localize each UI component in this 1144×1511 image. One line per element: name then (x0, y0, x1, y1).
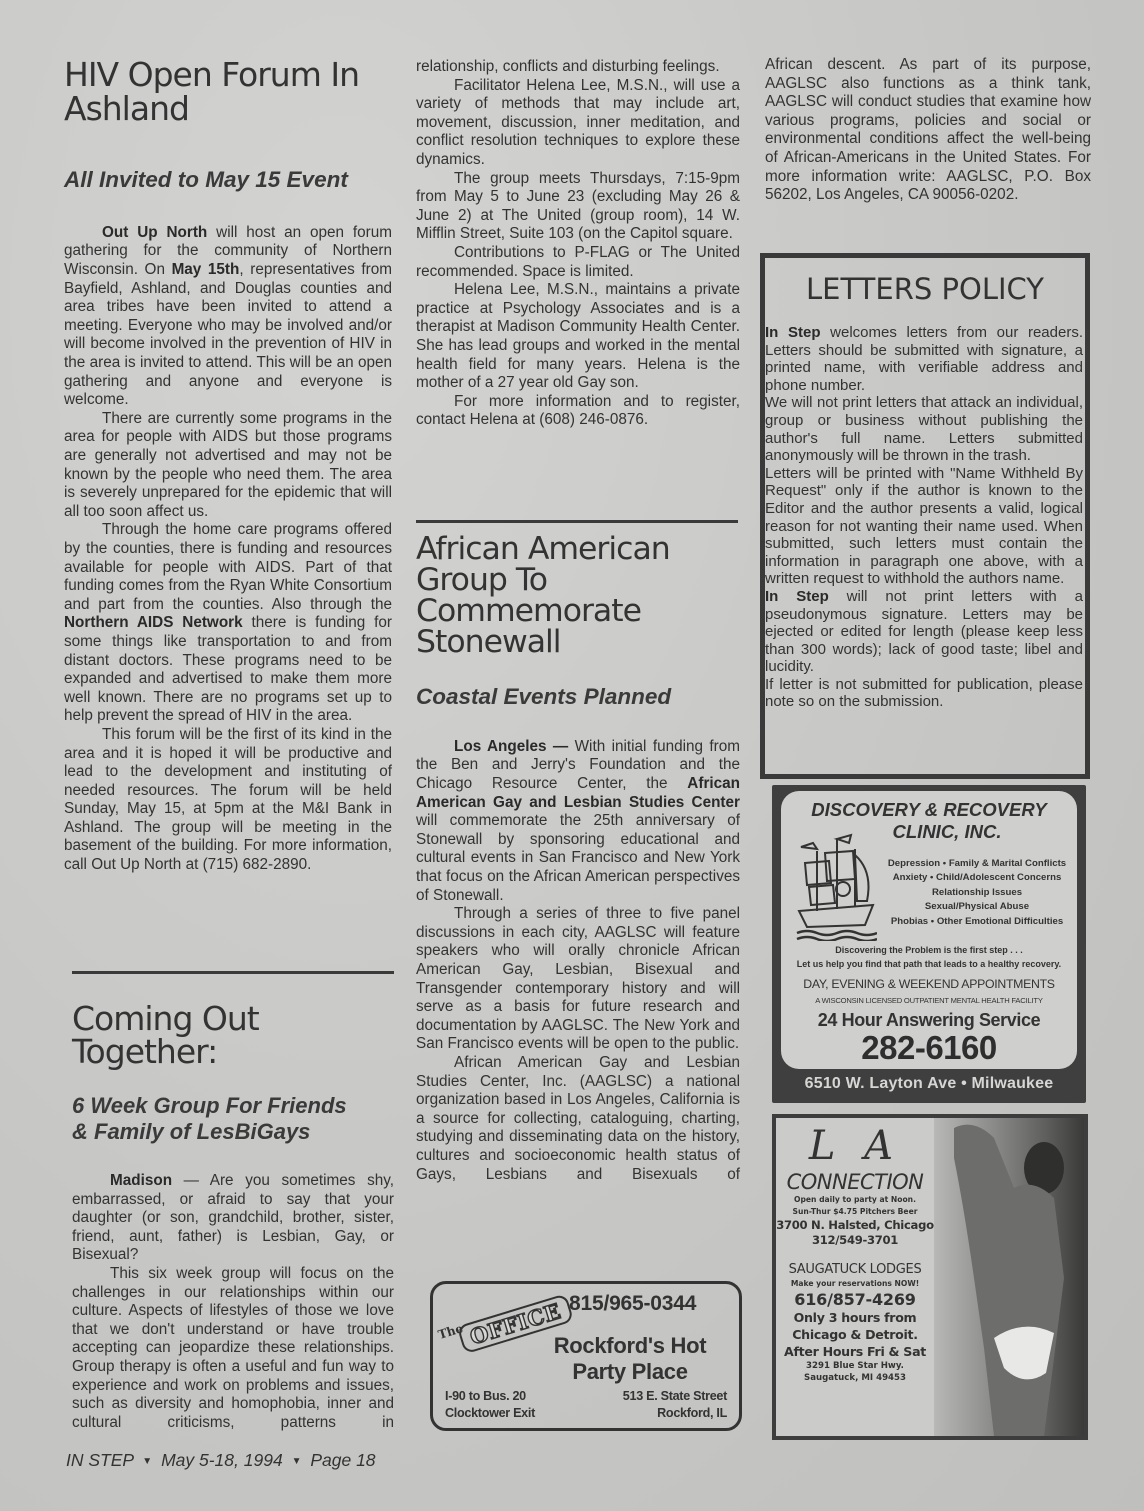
paragraph: Madison — Are you sometimes shy, embarra… (72, 1172, 394, 1265)
ad-panel: DISCOVERY & RECOVERY CLINIC, INC. (781, 791, 1077, 1069)
headline: African American Group To Commemorate St… (416, 534, 740, 658)
paragraph: In Step welcomes letters from our reader… (765, 324, 1083, 394)
office-tagline: Rockford's Hot Party Place (519, 1333, 741, 1385)
paragraph: Contributions to P-FLAG or The United re… (416, 244, 740, 281)
section-divider (72, 971, 394, 974)
paragraph: If letter is not submitted for publicati… (765, 676, 1083, 711)
la-logo: L A (776, 1124, 934, 1168)
article-coming-out: Coming Out Together: 6 Week Group For Fr… (72, 1002, 394, 1432)
office-phone: 815/965-0344 (569, 1292, 696, 1316)
letters-policy-title: LETTERS POLICY (765, 272, 1085, 306)
la-name: CONNECTION (776, 1170, 934, 1194)
article-continued: African descent. As part of its purpose,… (765, 56, 1091, 205)
paragraph: This forum will be the first of its kind… (64, 726, 392, 875)
paragraph: In Step will not print letters with a ps… (765, 588, 1083, 676)
paragraph: We will not print letters that attack an… (765, 394, 1083, 464)
paragraph: There are currently some programs in the… (64, 410, 392, 522)
subhead: 6 Week Group For Friends & Family of Les… (72, 1093, 394, 1145)
ad-la-connection: L A CONNECTION Open daily to party at No… (772, 1114, 1088, 1440)
license-note: A WISCONSIN LICENSED OUTPATIENT MENTAL H… (781, 996, 1077, 1005)
paragraph: For more information and to register, co… (416, 393, 740, 430)
paragraph: Through the home care programs offered b… (64, 521, 392, 726)
answering-service: 24 Hour Answering Service (781, 1010, 1077, 1031)
paragraph: Facilitator Helena Lee, M.S.N., will use… (416, 77, 740, 170)
clinic-address: 6510 W. Layton Ave • Milwaukee (772, 1075, 1086, 1093)
paragraph: Letters will be printed with "Name Withh… (765, 465, 1083, 588)
article-hiv-forum: HIV Open Forum In Ashland All Invited to… (64, 58, 392, 875)
triangle-separator-icon: ▼ (292, 1456, 302, 1467)
la-phone: 312/549-3701 (776, 1233, 934, 1248)
services-list: Depression • Family & Marital Conflicts … (879, 857, 1075, 929)
paragraph: Out Up North will host an open forum gat… (64, 224, 392, 410)
la-ad-text: L A CONNECTION Open daily to party at No… (776, 1118, 934, 1384)
figure-silhouette-icon (934, 1118, 1084, 1436)
article-body: Madison — Are you sometimes shy, embarra… (72, 1172, 394, 1432)
headline: Coming Out Together: (72, 1002, 394, 1068)
letters-policy-box: LETTERS POLICY In Step welcomes letters … (760, 253, 1090, 779)
paragraph: The group meets Thursdays, 7:15-9pm from… (416, 170, 740, 244)
appointments: DAY, EVENING & WEEKEND APPOINTMENTS (781, 977, 1077, 991)
lodges-name: SAUGATUCK LODGES (776, 1262, 934, 1278)
ad-discovery-recovery: DISCOVERY & RECOVERY CLINIC, INC. (772, 785, 1086, 1103)
lodges-phone: 616/857-4269 (776, 1290, 934, 1309)
la-address: 3700 N. Halsted, Chicago (776, 1218, 934, 1233)
office-address: 513 E. State Street Rockford, IL (623, 1388, 727, 1422)
letters-policy-body: In Step welcomes letters from our reader… (765, 324, 1083, 711)
headline: HIV Open Forum In Ashland (64, 58, 374, 126)
paragraph: Los Angeles — With initial funding from … (416, 738, 740, 905)
article-body: Out Up North will host an open forum gat… (64, 224, 392, 875)
paragraph: This six week group will focus on the ch… (72, 1265, 394, 1432)
section-divider (416, 520, 738, 523)
paragraph: Through a series of three to five panel … (416, 905, 740, 1054)
clinic-tagline: Discovering the Problem is the first ste… (781, 943, 1077, 971)
issue-date: May 5-18, 1994 (161, 1450, 283, 1470)
page-number: Page 18 (310, 1450, 375, 1470)
paragraph: African American Gay and Lesbian Studies… (416, 1054, 740, 1184)
article-stonewall: African American Group To Commemorate St… (416, 534, 740, 1184)
office-directions: I-90 to Bus. 20 Clocktower Exit (445, 1388, 535, 1422)
subhead: Coastal Events Planned (416, 684, 740, 710)
ship-icon (795, 831, 877, 941)
article-continued: relationship, conflicts and disturbing f… (416, 58, 740, 430)
article-body: Los Angeles — With initial funding from … (416, 738, 740, 1184)
paragraph: Helena Lee, M.S.N., maintains a private … (416, 281, 740, 393)
publication-name: IN STEP (66, 1450, 133, 1470)
page-footer: IN STEP ▼ May 5-18, 1994 ▼ Page 18 (66, 1450, 376, 1471)
clinic-phone: 282-6160 (781, 1029, 1077, 1067)
model-photo (934, 1118, 1084, 1436)
triangle-separator-icon: ▼ (142, 1456, 152, 1467)
ad-the-office: The OFFICE 815/965-0344 Rockford's Hot P… (430, 1281, 742, 1431)
subhead: All Invited to May 15 Event (64, 167, 392, 193)
paragraph: relationship, conflicts and disturbing f… (416, 58, 740, 77)
